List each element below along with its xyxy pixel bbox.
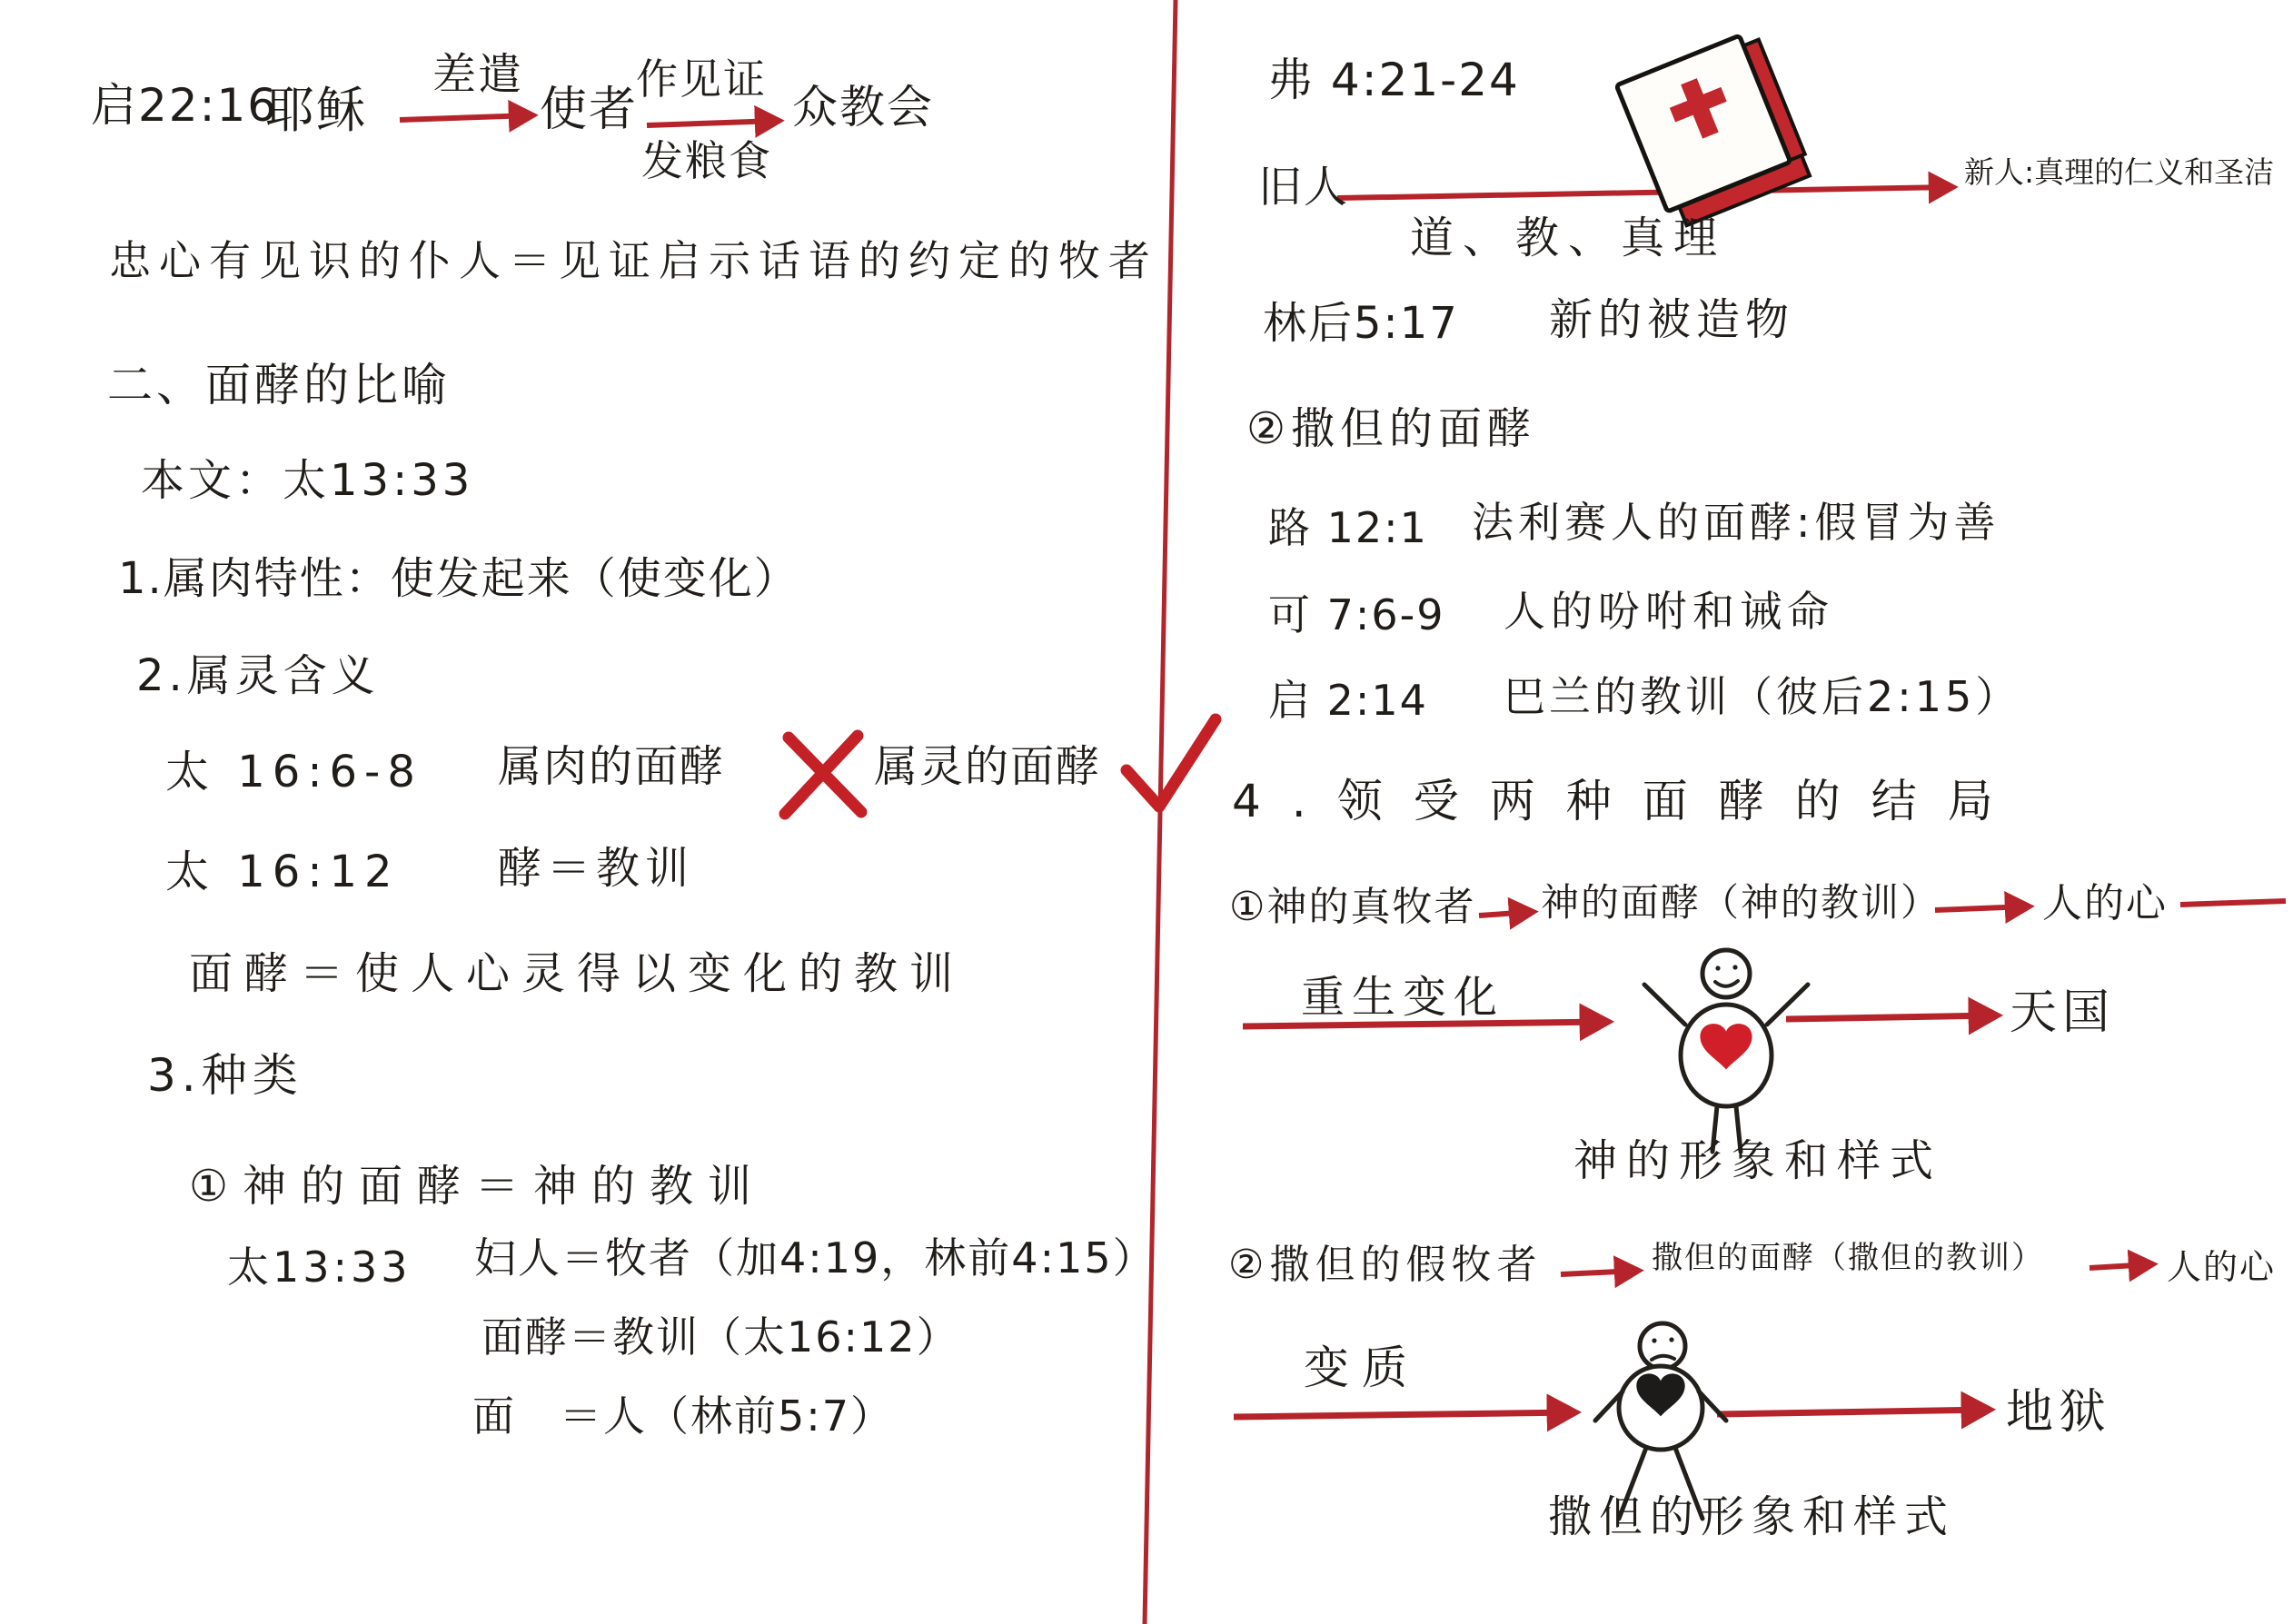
heaven-label: 天国 [2010,986,2115,1039]
balaam-teaching-text: 巴兰的教训（彼后2:15） [1504,674,2020,721]
new-man-label: 新人:真理的仁义和圣洁 [1964,156,2274,190]
point-3: 3.种类 [147,1050,303,1101]
satan-shepherd-label: ②撒但的假牧者 [1228,1243,1542,1287]
flow-satan-arrow-1 [1561,1271,1637,1274]
verse-ref-rev2: 启 2:14 [1268,678,1428,725]
god-flow-heart-label: 人的心 [2042,881,2168,926]
corruption-arrow [1234,1412,1573,1417]
verse-ref-mark7: 可 7:6-9 [1268,592,1445,639]
god-image-caption: 神的形象和样式 [1573,1137,1942,1186]
flow-messenger: 使者 [540,84,638,136]
satan-image-caption: 撒但的形象和样式 [1548,1493,1955,1542]
flow-churches: 众教会 [792,82,934,133]
old-to-new-arrow [1337,187,1951,198]
eye [1652,1338,1656,1342]
point-4: 4.领受两种面酵的结局 [1232,776,2024,827]
eye [1669,1337,1673,1342]
point-2: 2.属灵含义 [136,652,380,701]
to-hell-arrow [1717,1410,1988,1414]
verse-ref-luke12: 路 12:1 [1268,505,1428,552]
satan-leaven-label: 撒但的面酵（撒但的教训） [1652,1241,2044,1275]
book-caption: 道、教、真理 [1410,214,1726,263]
leaven-equals-teaching: 酵＝教训 [498,845,694,894]
flow-god-arrow-2 [1935,906,2028,910]
flow-god-trailing-line [2180,901,2286,905]
verse-ref-mt16-12: 太 16:12 [165,848,400,897]
equation-leaven: 面酵＝教训（太16:12） [481,1314,960,1362]
bible-book-icon [1616,29,1812,230]
corrupt-person-icon [1595,1323,1726,1519]
head [1640,1323,1685,1369]
eye [1715,965,1720,970]
hell-label: 地狱 [2006,1386,2111,1439]
red-check-icon [1127,719,1216,807]
flow-food-label: 发粮食 [641,138,772,185]
pharisee-leaven-text: 法利赛人的面酵:假冒为善 [1472,500,2000,547]
source-line: 本文：太13:33 [141,457,473,506]
flow-jesus: 耶稣 [265,84,367,138]
spiritual-leaven-label: 属灵的面酵 [874,743,1101,792]
verse-ref-mt16-6-8: 太 16:6-8 [165,748,422,797]
kind-1-line: ①神的面酵＝神的教训 [189,1163,766,1212]
leaven-definition-line: 面酵＝使人心灵得以变化的教训 [189,950,965,999]
to-heaven-arrow [1786,1015,1995,1019]
corruption-label: 变质 [1304,1342,1420,1393]
kind-2-line: ②撒但的面酵 [1246,405,1536,454]
god-leaven-label: 神的面酵（神的教训） [1541,881,1941,924]
handwritten-notes-page: 启22:16 耶稣 差遣 使者 作见证 发粮食 众教会 忠心有见识的仆人＝见证启… [0,0,2293,1624]
servant-definition-line: 忠心有见识的仆人＝见证启示话语的约定的牧者 [109,238,1158,285]
verse-ref-2cor5: 林后5:17 [1263,300,1459,349]
flow-witness-label: 作见证 [636,56,767,104]
section-title: 二、面酵的比喻 [107,360,451,411]
flow-god-arrow-1 [1479,912,1532,916]
point-1: 1.属肉特性：使发起来（使变化） [118,555,799,604]
verse-ref-rev22: 启22:16 [91,80,278,131]
eye [1732,965,1737,969]
satan-flow-heart-label: 人的心 [2167,1248,2276,1287]
verse-ref-eph4: 弗 4:21-24 [1267,54,1520,105]
fleshly-leaven-label: 属肉的面酵 [498,743,725,792]
equation-woman: 妇人＝牧者（加4:19，林前4:15） [474,1235,1156,1282]
head [1702,950,1750,997]
old-man-label: 旧人 [1258,163,1349,213]
equation-flour: 面 ＝人（林前5:7） [472,1393,894,1441]
red-x-icon [785,736,861,814]
send-arrow [400,115,531,120]
flow-send-label: 差遣 [432,51,523,100]
god-shepherd-label: ①神的真牧者 [1229,885,1475,929]
verse-ref-mt13-33: 太13:33 [227,1244,412,1292]
rebirth-label: 重生变化 [1301,974,1504,1023]
flow-satan-arrow-2 [2090,1264,2151,1268]
joyful-person-icon [1644,950,1808,1152]
commands-of-men-text: 人的吩咐和诫命 [1504,589,1834,636]
new-creation-label: 新的被造物 [1549,296,1794,345]
witness-arrow [647,121,778,125]
